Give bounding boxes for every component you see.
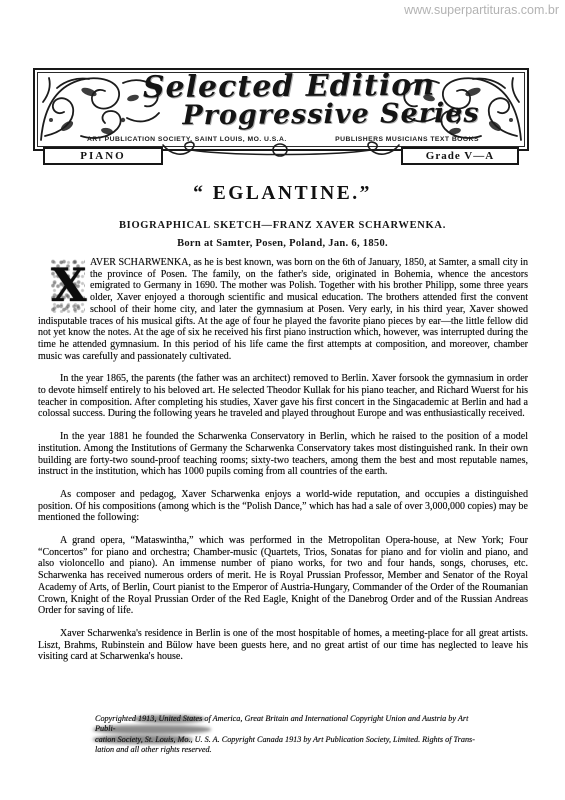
paragraph-6: Xaver Scharwenka's residence in Berlin i… <box>38 628 528 663</box>
document-page: www.superpartituras.com.br <box>0 0 565 800</box>
series-title-line2: Progressive Series <box>85 97 565 132</box>
subtitle: BIOGRAPHICAL SKETCH—FRANZ XAVER SCHARWEN… <box>0 220 565 231</box>
page-title: “ EGLANTINE.” <box>0 183 565 205</box>
paragraph-4: As composer and pedagog, Xaver Scharwenk… <box>38 489 528 524</box>
copyright-line-3: lation and all other rights reserved. <box>95 745 489 755</box>
instrument-label: PIANO <box>43 147 163 165</box>
copyright-notice: Copyrighted 1913, United States of Ameri… <box>95 714 489 755</box>
paragraph-2: In the year 1865, the parents (the fathe… <box>38 373 528 420</box>
paragraph-1-text: AVER SCHARWENKA, as he is best known, wa… <box>38 257 528 362</box>
series-banner: Selected Edition Progressive Series ART … <box>33 68 529 151</box>
watermark: www.superpartituras.com.br <box>404 3 559 17</box>
scroll-flourish-icon <box>161 141 401 159</box>
drop-cap: X <box>51 259 85 313</box>
biography-text: XAVER SCHARWENKA, as he is best known, w… <box>38 257 528 674</box>
grade-label: Grade V—A <box>401 147 519 165</box>
copyright-line-1: Copyrighted 1913, United States of Ameri… <box>95 714 489 735</box>
copyright-line-2: cation Society, St. Louis, Mo., U. S. A.… <box>95 735 489 745</box>
paragraph-3: In the year 1881 he founded the Scharwen… <box>38 431 528 478</box>
paragraph-5: A grand opera, “Mataswintha,” which was … <box>38 535 528 617</box>
birth-line: Born at Samter, Posen, Poland, Jan. 6, 1… <box>0 238 565 249</box>
paragraph-1: XAVER SCHARWENKA, as he is best known, w… <box>38 257 528 362</box>
